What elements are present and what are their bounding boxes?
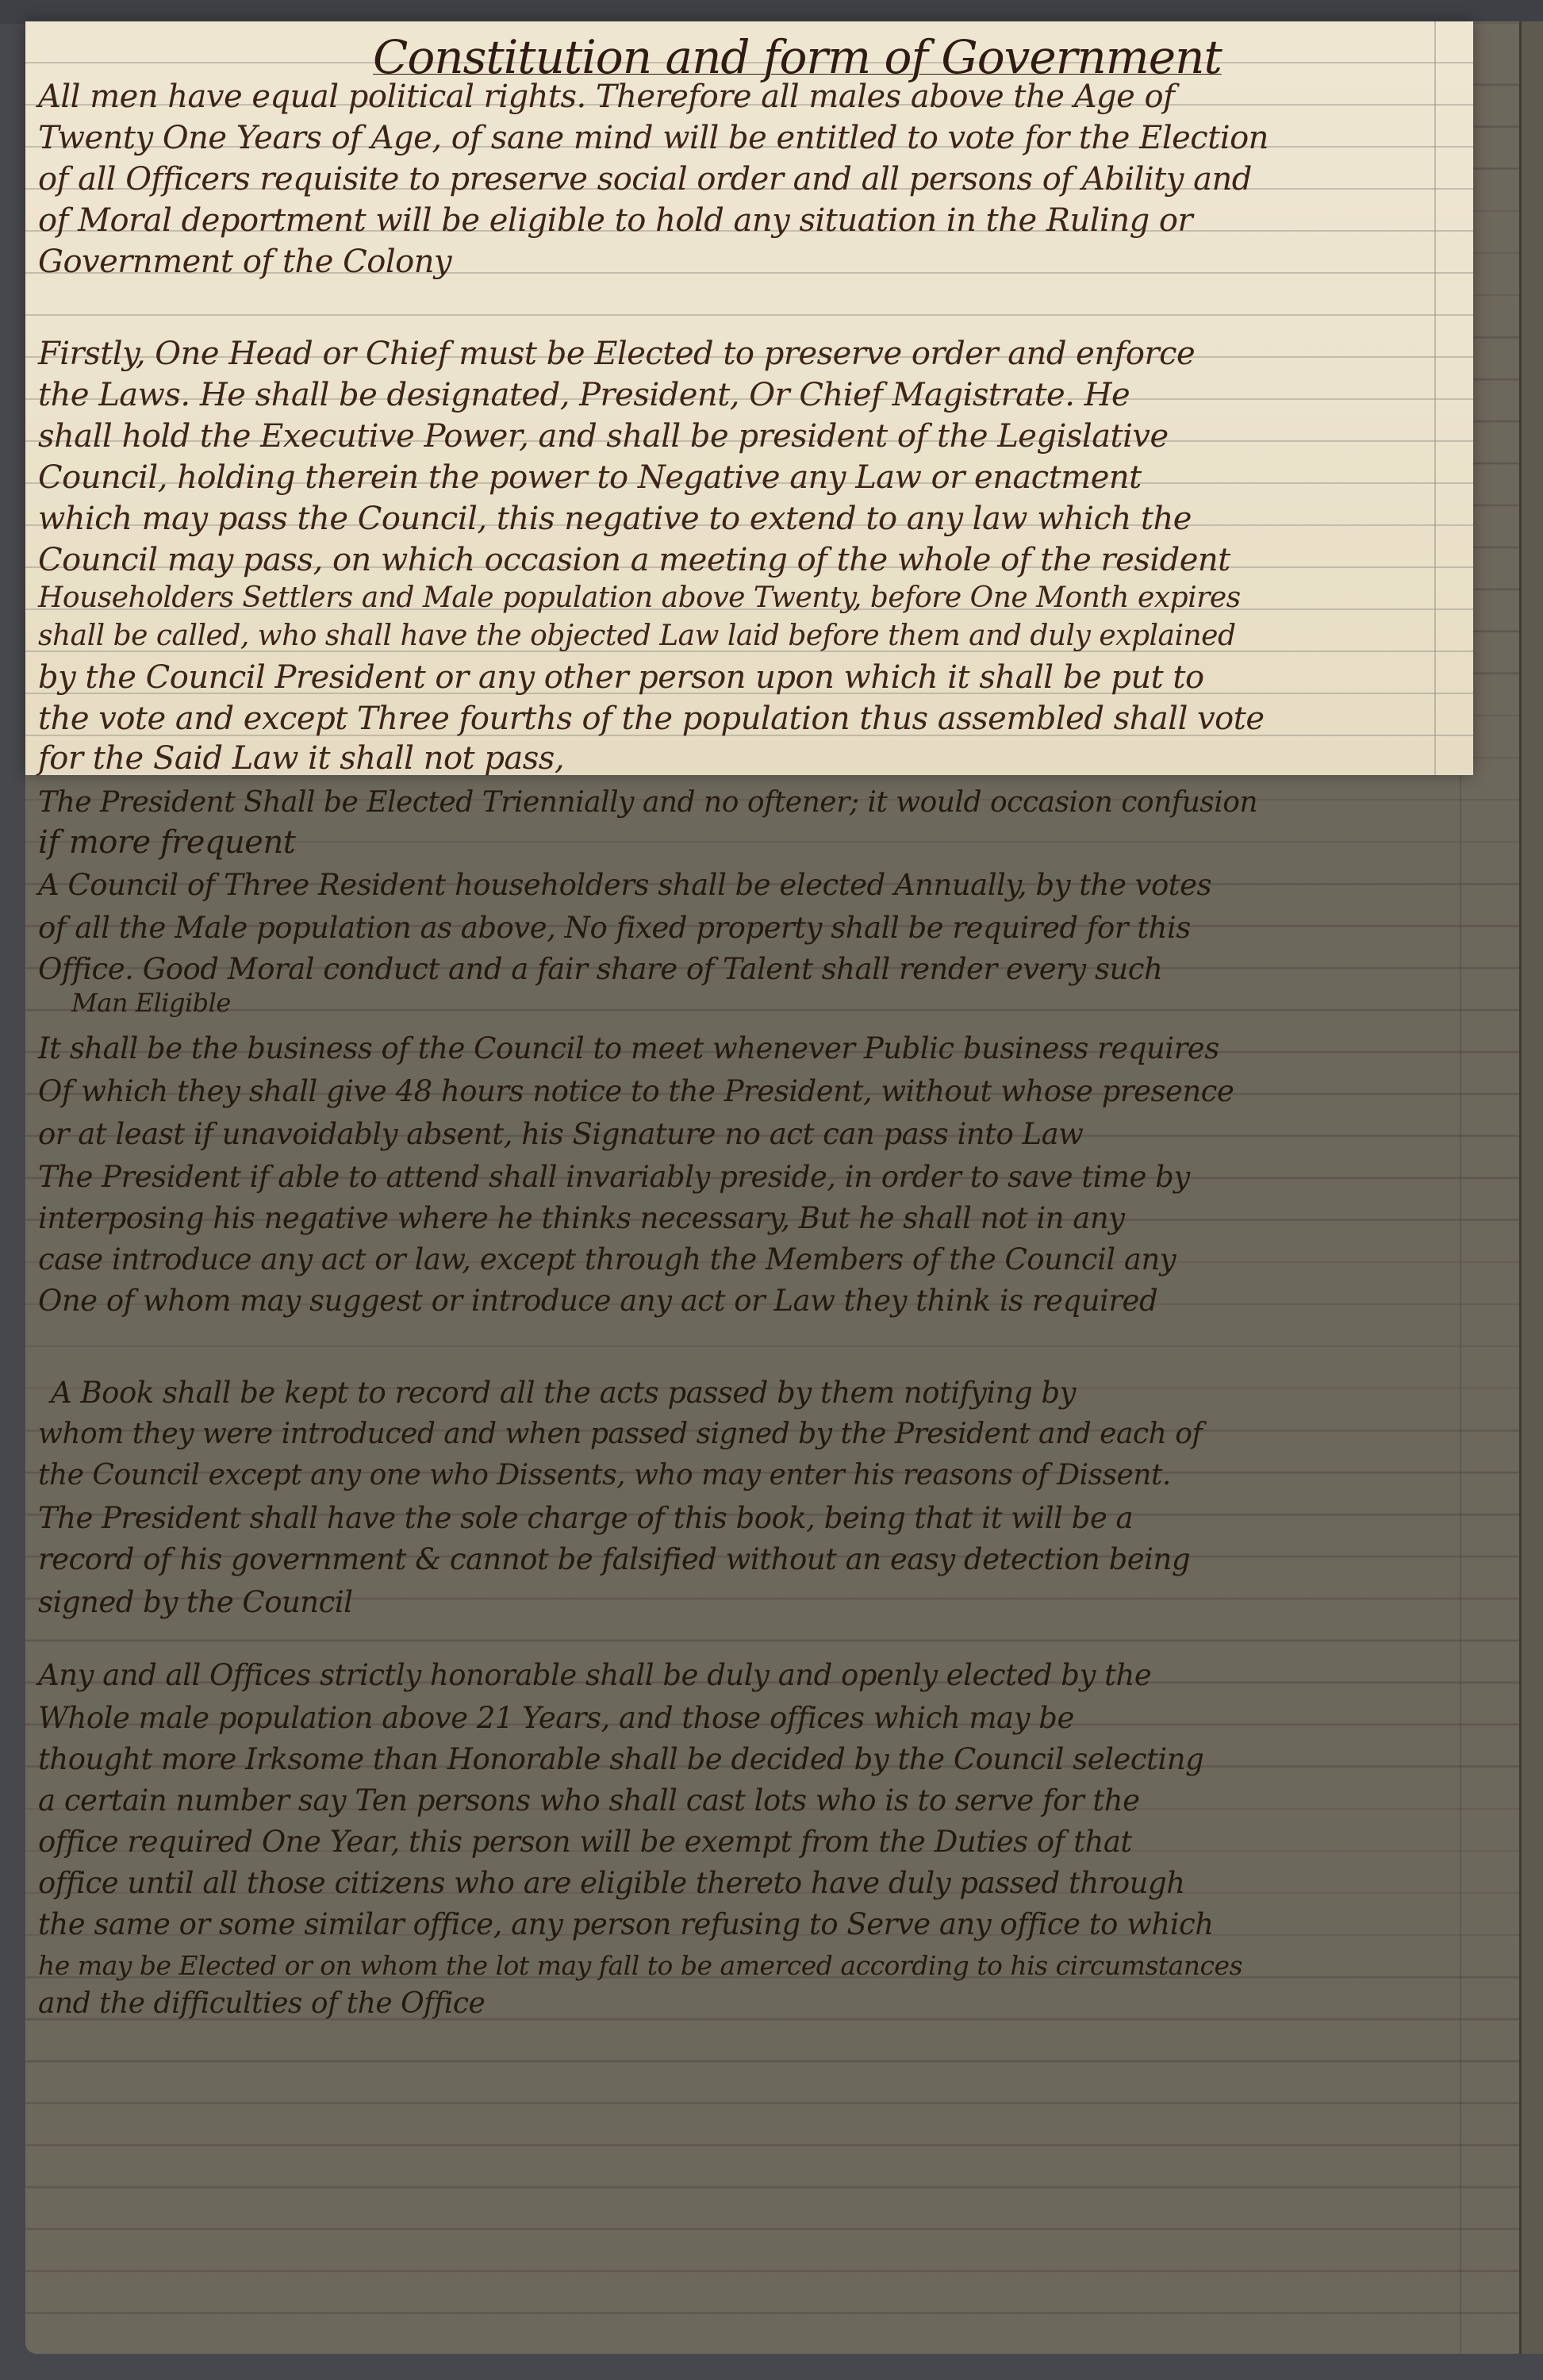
text-line: of all Officers requisite to preserve so… bbox=[38, 159, 1252, 200]
text-line: office required One Year, this person wi… bbox=[38, 1821, 1132, 1863]
text-line: Council, holding therein the power to Ne… bbox=[38, 457, 1142, 498]
text-line: Firstly, One Head or Chief must be Elect… bbox=[38, 333, 1195, 374]
text-line: It shall be the business of the Council … bbox=[38, 1028, 1219, 1069]
text-line: which may pass the Council, this negativ… bbox=[38, 498, 1192, 539]
text-line: record of his government & cannot be fal… bbox=[38, 1539, 1190, 1580]
text-line: One of whom may suggest or introduce any… bbox=[38, 1280, 1157, 1322]
right-margin-rule-highlight bbox=[1434, 21, 1436, 775]
text-line: The President shall have the sole charge… bbox=[38, 1498, 1133, 1539]
text-line: of all the Male population as above, No … bbox=[38, 908, 1191, 949]
text-line: Government of the Colony bbox=[38, 241, 451, 282]
text-line: Council may pass, on which occasion a me… bbox=[38, 539, 1230, 581]
book-binding-edge bbox=[1519, 21, 1543, 2354]
text-line: he may be Elected or on whom the lot may… bbox=[38, 1945, 1242, 1987]
text-line: or at least if unavoidably absent, his S… bbox=[38, 1114, 1083, 1155]
text-line: the Council except any one who Dissents,… bbox=[38, 1455, 1171, 1496]
text-line: The President if able to attend shall in… bbox=[38, 1157, 1190, 1198]
text-line: by the Council President or any other pe… bbox=[38, 657, 1204, 698]
text-line: shall be called, who shall have the obje… bbox=[38, 616, 1236, 657]
text-line: thought more Irksome than Honorable shal… bbox=[38, 1739, 1203, 1780]
text-line: if more frequent bbox=[38, 822, 295, 863]
text-line: A Book shall be kept to record all the a… bbox=[51, 1372, 1076, 1414]
text-line: the same or some similar office, any per… bbox=[38, 1904, 1214, 1945]
text-line: The President Shall be Elected Triennial… bbox=[38, 782, 1257, 823]
text-line: interposing his negative where he thinks… bbox=[38, 1198, 1125, 1239]
text-line: office until all those citizens who are … bbox=[38, 1863, 1184, 1904]
text-line: case introduce any act or law, except th… bbox=[38, 1239, 1176, 1280]
text-line: Of which they shall give 48 hours notice… bbox=[38, 1071, 1234, 1112]
text-line: whom they were introduced and when passe… bbox=[38, 1414, 1202, 1455]
text-line: All men have equal political rights. The… bbox=[38, 76, 1174, 117]
text-line: Twenty One Years of Age, of sane mind wi… bbox=[38, 117, 1269, 159]
text-line: the Laws. He shall be designated, Presid… bbox=[38, 374, 1130, 416]
text-line: shall hold the Executive Power, and shal… bbox=[38, 416, 1169, 457]
text-line: of Moral deportment will be eligible to … bbox=[38, 200, 1192, 241]
text-line: the vote and except Three fourths of the… bbox=[38, 698, 1265, 739]
text-line: A Council of Three Resident householders… bbox=[38, 865, 1211, 906]
text-line: Whole male population above 21 Years, an… bbox=[38, 1698, 1074, 1739]
text-line: Householders Settlers and Male populatio… bbox=[38, 578, 1241, 619]
scan-background-top bbox=[0, 0, 1543, 24]
text-line: Any and all Offices strictly honorable s… bbox=[38, 1655, 1151, 1696]
text-line: Man Eligible bbox=[71, 982, 231, 1023]
text-line: a certain number say Ten persons who sha… bbox=[38, 1780, 1140, 1821]
text-line: signed by the Council bbox=[38, 1582, 353, 1623]
text-line: for the Said Law it shall not pass, bbox=[38, 738, 564, 779]
text-line: and the difficulties of the Office bbox=[38, 1983, 485, 2025]
